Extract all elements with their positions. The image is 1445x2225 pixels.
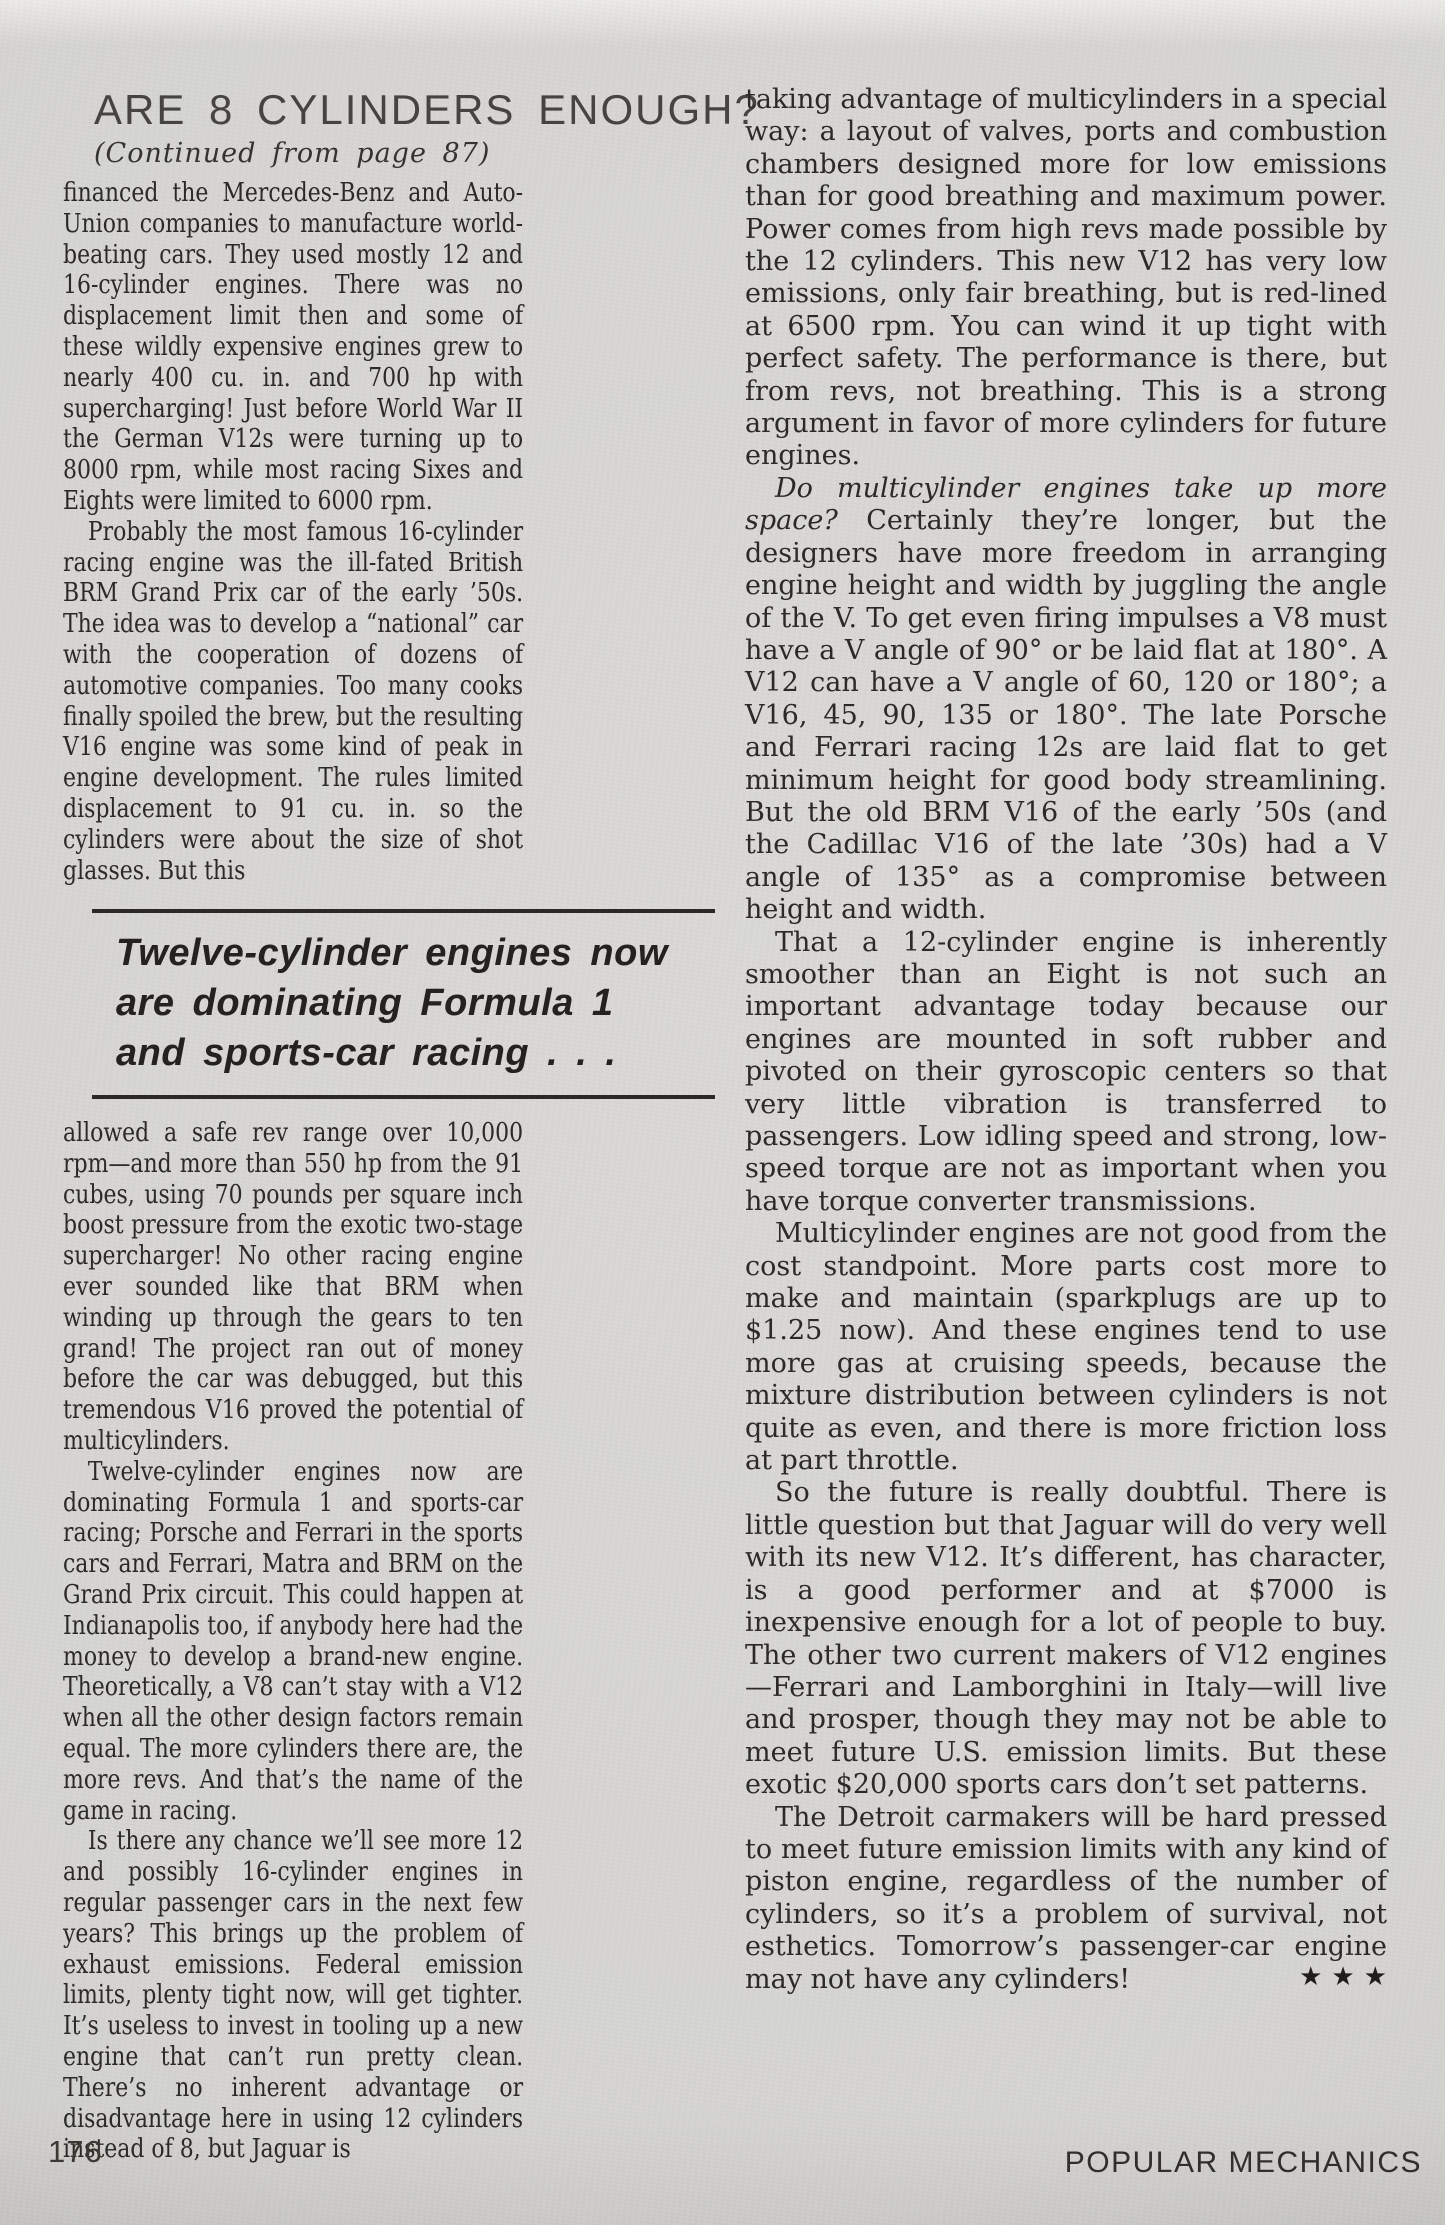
paragraph: That a 12-cylinder engine is inherently … [745,927,1387,1219]
magazine-name: POPULAR MECHANICS [1065,2146,1422,2180]
article-title: ARE 8 CYLINDERS ENOUGH? [94,86,760,134]
paragraph: The Detroit carmakers will be hard press… [745,1802,1387,1996]
left-column-lower: allowed a safe rev range over 10,000 rpm… [63,1118,523,2165]
paragraph-text: Certainly they’re longer, but the design… [745,505,1387,925]
magazine-page: ARE 8 CYLINDERS ENOUGH? (Continued from … [0,0,1445,2225]
paragraph: Twelve-cylinder engines now are dominati… [63,1457,523,1827]
paragraph: Multicylinder engines are not good from … [745,1218,1387,1477]
pull-quote-line: and sports-car racing . . . [116,1028,715,1078]
paragraph: taking advantage of multicylinders in a … [745,84,1387,473]
pull-quote: Twelve-cylinder engines now are dominati… [92,909,715,1099]
paragraph-text: The Detroit carmakers will be hard press… [745,1802,1387,1995]
paragraph: Probably the most famous 16-cylinder rac… [63,517,523,887]
paragraph: Is there any chance we’ll see more 12 an… [63,1826,523,2165]
paragraph: Do multicylinder engines take up more sp… [745,473,1387,927]
paragraph: financed the Mercedes-Benz and Auto-Unio… [63,178,523,517]
pull-quote-line: are dominating Formula 1 [116,978,715,1028]
pull-quote-line: Twelve-cylinder engines now [116,928,715,978]
continued-from-note: (Continued from page 87) [94,138,490,169]
page-number: 176 [48,2134,103,2170]
end-of-article-stars-icon: ★★★ [1299,1961,1396,1993]
paragraph: So the future is really doubtful. There … [745,1477,1387,1801]
right-column: taking advantage of multicylinders in a … [745,84,1387,1996]
paragraph: allowed a safe rev range over 10,000 rpm… [63,1118,523,1457]
left-column-upper: financed the Mercedes-Benz and Auto-Unio… [63,178,523,886]
